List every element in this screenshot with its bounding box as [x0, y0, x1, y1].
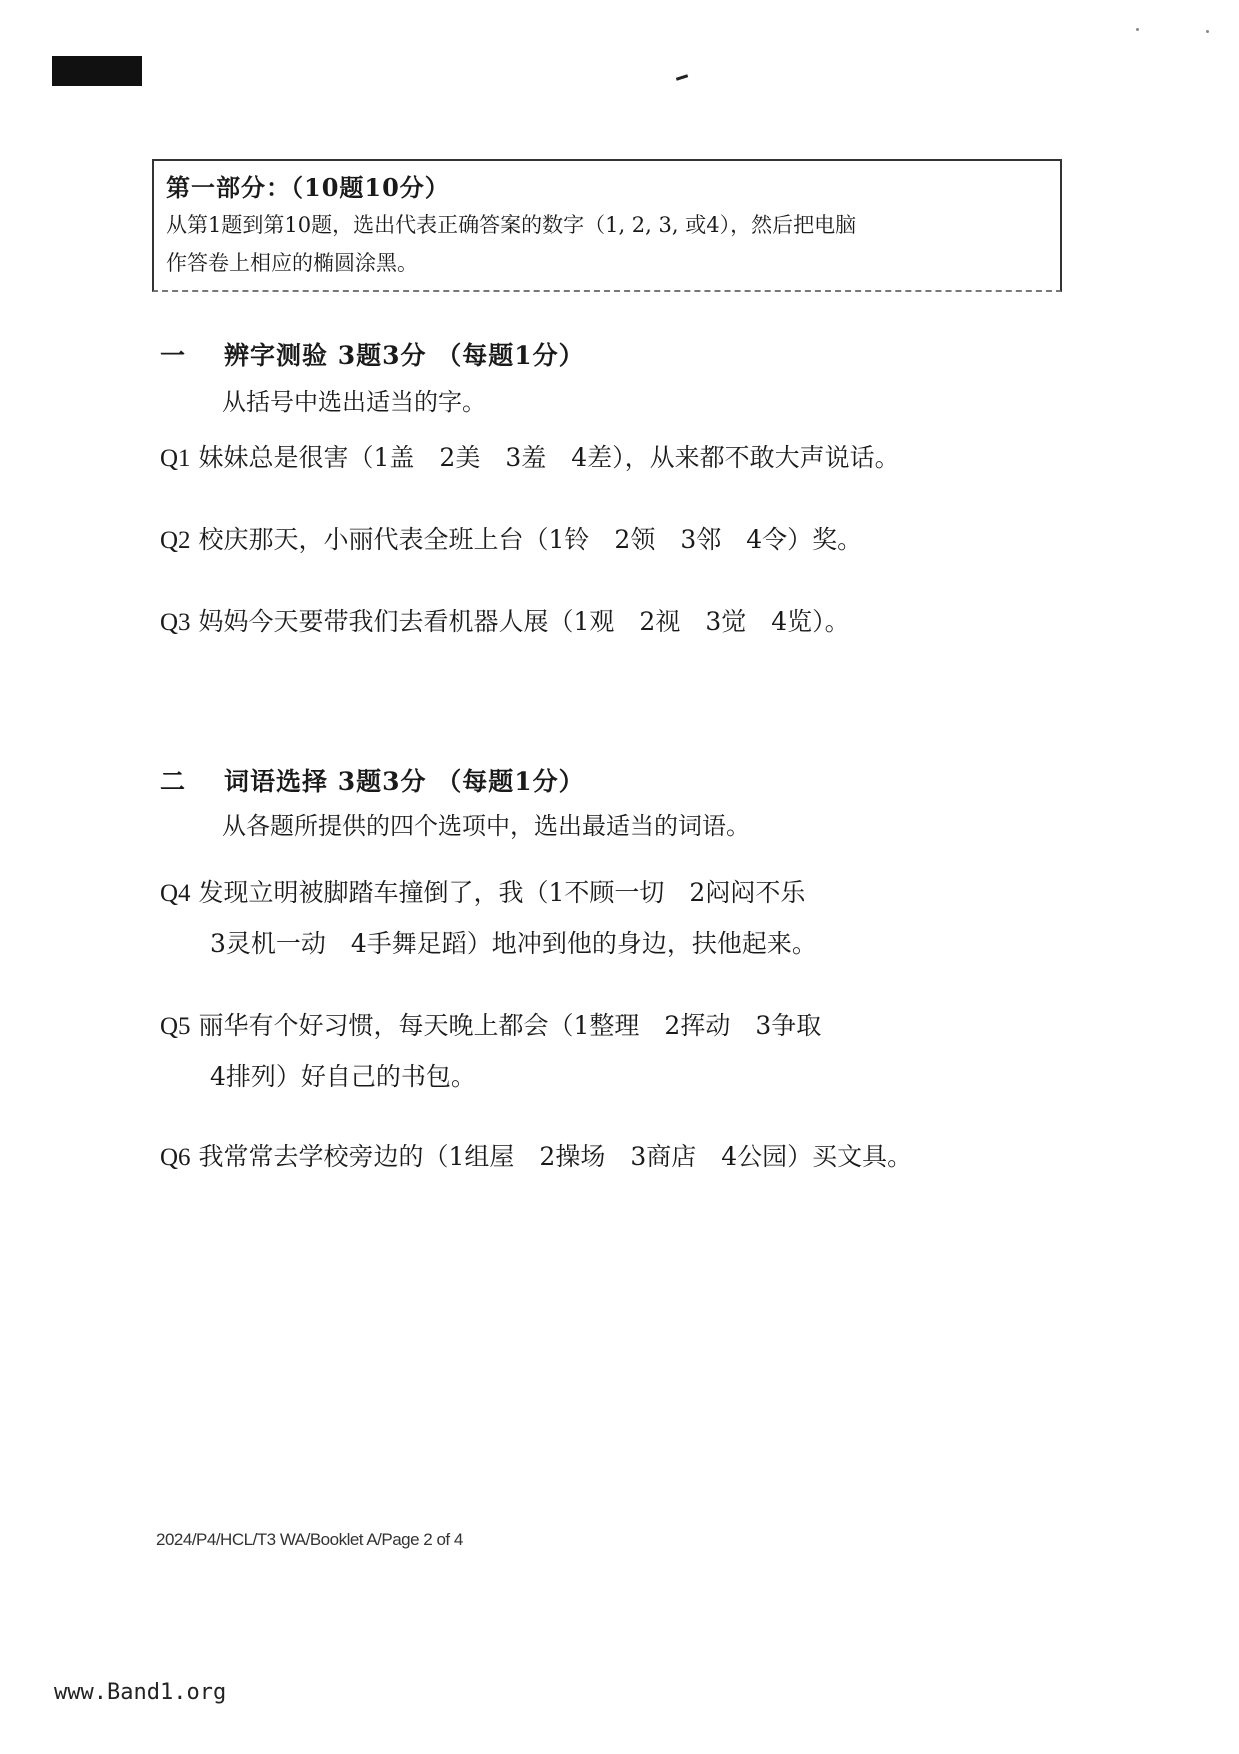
question-id: Q5: [160, 1013, 191, 1040]
question-text: 校庆那天，小丽代表全班上台（1铃 2领 3邻 4令）奖。: [199, 525, 863, 554]
question-q3: Q3 妈妈今天要带我们去看机器人展（1观 2视 3觉 4览）。: [160, 597, 850, 648]
question-q1: Q1 妹妹总是很害（1盖 2美 3羞 4差），从来都不敢大声说话。: [160, 433, 900, 484]
section-title: 词语选择 3题3分 （每题1分）: [224, 767, 585, 796]
redacted-block: [52, 56, 142, 86]
question-text-line-2: 4排列）好自己的书包。: [160, 1052, 821, 1102]
question-text-line-1: 丽华有个好习惯，每天晚上都会（1整理 2挥动 3争取: [199, 1011, 822, 1040]
watermark-link[interactable]: www.Band1.org: [54, 1680, 226, 1705]
question-q2: Q2 校庆那天，小丽代表全班上台（1铃 2领 3邻 4令）奖。: [160, 515, 862, 566]
question-id: Q6: [160, 1144, 191, 1171]
instructions-box: 第一部分：（10题10分） 从第1题到第10题，选出代表正确答案的数字（1, 2…: [152, 159, 1062, 292]
section-number: 一: [160, 336, 224, 372]
section-number: 二: [160, 762, 224, 798]
section-title: 辨字测验 3题3分 （每题1分）: [224, 341, 585, 370]
instruction-line-1: 从第1题到第10题，选出代表正确答案的数字（1, 2, 3, 或4），然后把电脑: [166, 207, 1048, 243]
scan-speck: [1206, 30, 1209, 33]
question-text: 我常常去学校旁边的（1组屋 2操场 3商店 4公园）买文具。: [199, 1142, 913, 1171]
question-q6: Q6 我常常去学校旁边的（1组屋 2操场 3商店 4公园）买文具。: [160, 1132, 912, 1183]
question-text: 妹妹总是很害（1盖 2美 3羞 4差），从来都不敢大声说话。: [199, 443, 900, 472]
scan-mark: [676, 74, 688, 81]
question-text: 妈妈今天要带我们去看机器人展（1观 2视 3觉 4览）。: [199, 607, 850, 636]
scan-speck: [1136, 28, 1139, 31]
question-text-line-2: 3灵机一动 4手舞足蹈）地冲到他的身边，扶他起来。: [160, 919, 817, 969]
section-1-instruction: 从括号中选出适当的字。: [222, 382, 486, 417]
question-id: Q1: [160, 445, 191, 472]
question-q4: Q4 发现立明被脚踏车撞倒了，我（1不顾一切 2闷闷不乐 3灵机一动 4手舞足蹈…: [160, 868, 817, 969]
question-q5: Q5 丽华有个好习惯，每天晚上都会（1整理 2挥动 3争取 4排列）好自己的书包…: [160, 1001, 821, 1102]
page-footer: 2024/P4/HCL/T3 WA/Booklet A/Page 2 of 4: [156, 1530, 463, 1550]
question-id: Q2: [160, 527, 191, 554]
section-2-heading: 二词语选择 3题3分 （每题1分）: [160, 762, 585, 798]
section-1-heading: 一辨字测验 3题3分 （每题1分）: [160, 336, 585, 372]
instruction-line-2: 作答卷上相应的椭圆涂黑。: [166, 245, 1048, 281]
question-text-line-1: 发现立明被脚踏车撞倒了，我（1不顾一切 2闷闷不乐: [199, 878, 806, 907]
part-title: 第一部分：（10题10分）: [166, 171, 1048, 205]
question-id: Q4: [160, 880, 191, 907]
section-2-instruction: 从各题所提供的四个选项中，选出最适当的词语。: [222, 806, 750, 841]
question-id: Q3: [160, 609, 191, 636]
